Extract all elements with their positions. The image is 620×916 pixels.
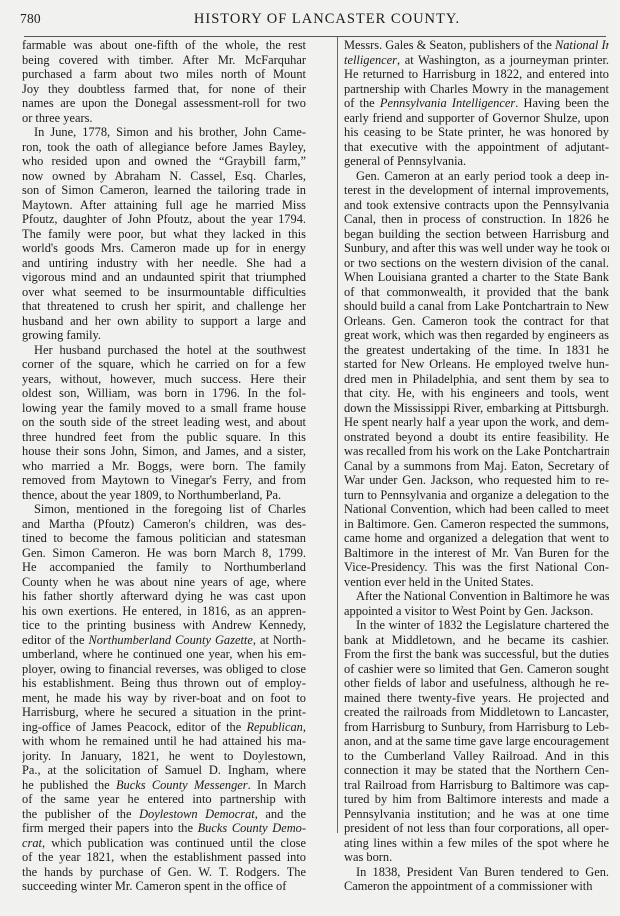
text-line: Gen. Cameron at an early period took a d… <box>344 169 609 184</box>
text-line: ron, took the oath of allegiance before … <box>22 140 306 155</box>
text-line: being covered with timber. After Mr. McF… <box>22 53 306 68</box>
text-line: He spent nearly half a year upon the wor… <box>344 415 609 430</box>
text-line: lowing year the family moved to a small … <box>22 401 306 416</box>
paragraph: In the winter of 1832 the Legislature ch… <box>344 618 609 865</box>
text-line: tined to become the famous politician an… <box>22 531 306 546</box>
text-line: In 1838, President Van Buren tendered to… <box>344 865 609 880</box>
text-line: Canal by a summons from Maj. Eaton, Secr… <box>344 459 609 474</box>
text-line: and untiring industry with her needle. S… <box>22 256 306 271</box>
text-line: From the first the bank was successful, … <box>344 647 609 662</box>
text-line: Vice-Presidency. This was the first Nati… <box>344 560 609 575</box>
text-line: Sunbury, and after this was well under w… <box>344 241 609 256</box>
text-line: and Martha (Pfoutz) Cameron's children, … <box>22 517 306 532</box>
left-column: farmable was about one-fifth of the whol… <box>22 38 306 894</box>
text-line: umberland, where he continued one year, … <box>22 647 306 662</box>
text-line: house their sons John, Simon, and James,… <box>22 444 306 459</box>
text-line: farmable was about one-fifth of the whol… <box>22 38 306 53</box>
text-line: Baltimore in the interest of Mr. Van Bur… <box>344 546 609 561</box>
text-line: and took extensive contracts upon the Pe… <box>344 198 609 213</box>
text-line: the hands by purchase of Gen. W. T. Rodg… <box>22 865 306 880</box>
text-line: Messrs. Gales & Seaton, publishers of th… <box>344 38 609 53</box>
column-divider <box>337 37 338 833</box>
text-line: Pennsylvania institution; and he was at … <box>344 807 609 822</box>
text-line: partnership with Charles Mowry in the ma… <box>344 82 609 97</box>
text-line: of the year 1821, when the establishment… <box>22 850 306 865</box>
text-line: of the same year he entered into partner… <box>22 792 306 807</box>
text-line: Gen. Simon Cameron. He was born March 8,… <box>22 546 306 561</box>
text-line: that executive with the appointment of a… <box>344 140 609 155</box>
text-line: He returned to Harrisburg in 1822, and e… <box>344 67 609 82</box>
text-line: was born. <box>344 850 609 865</box>
paragraph: farmable was about one-fifth of the whol… <box>22 38 306 125</box>
running-title: HISTORY OF LANCASTER COUNTY. <box>20 11 606 28</box>
text-line: Pa., at the solicitation of Samuel D. In… <box>22 763 306 778</box>
text-line: Pfoutz, daughter of John Pfoutz, about t… <box>22 212 306 227</box>
text-line: bank at Middletown, and he became its ca… <box>344 633 609 648</box>
text-line: telligencer, at Washington, as a journey… <box>344 53 609 68</box>
text-line: When Louisiana granted a charter to the … <box>344 270 609 285</box>
text-line: or three years. <box>22 111 306 126</box>
text-line: removed from Maytown to Vinegar's Ferry,… <box>22 473 306 488</box>
text-line: terest in the development of internal im… <box>344 183 609 198</box>
text-line: In the winter of 1832 the Legislature ch… <box>344 618 609 633</box>
text-line: who married a Mr. Boggs, were born. The … <box>22 459 306 474</box>
text-line: anon, and at the same time gave large en… <box>344 734 609 749</box>
paragraph: After the National Convention in Baltimo… <box>344 589 609 618</box>
text-line: Cameron the appointment of a commissione… <box>344 879 609 894</box>
text-line: National Convention, which had been call… <box>344 502 609 517</box>
text-line: his own exertions. He entered, in 1816, … <box>22 604 306 619</box>
text-line: Orleans. Gen. Cameron took the contract … <box>344 314 609 329</box>
text-line: tral Railroad from Harrisburg to Baltimo… <box>344 778 609 793</box>
text-line: The family were poor, but what they lack… <box>22 227 306 242</box>
text-line: started for New Orleans. He employed twe… <box>344 357 609 372</box>
text-line: thence, about the year 1809, to Northumb… <box>22 488 306 503</box>
text-line: dred men in Philadelphia, and sent them … <box>344 372 609 387</box>
text-line: Canal, then in process of construction. … <box>344 212 609 227</box>
text-line: husband and her own ability to support a… <box>22 314 306 329</box>
text-line: he published the Bucks County Messenger.… <box>22 778 306 793</box>
text-line: the greatest undertaking of the time. In… <box>344 343 609 358</box>
text-line: began building the section between Harri… <box>344 227 609 242</box>
right-column: Messrs. Gales & Seaton, publishers of th… <box>344 38 609 894</box>
text-line: Joy they doubtless farmed that, for none… <box>22 82 306 97</box>
text-line: Simon, mentioned in the foregoing list o… <box>22 502 306 517</box>
text-line: turn to Pennsylvania and organize a dele… <box>344 488 609 503</box>
text-line: crat, which publication was continued un… <box>22 836 306 851</box>
text-line: should build a canal from Lake Pontchart… <box>344 299 609 314</box>
text-line: jority. In January, 1821, he went to Doy… <box>22 749 306 764</box>
text-line: with whom he remained until he had attai… <box>22 734 306 749</box>
paragraph: Her husband purchased the hotel at the s… <box>22 343 306 503</box>
text-line: tured by him from Baltimore interests an… <box>344 792 609 807</box>
header-rule <box>24 36 606 37</box>
text-line: of the Pennsylvania Intelligencer. Havin… <box>344 96 609 111</box>
text-line: created the railroads from Middletown to… <box>344 705 609 720</box>
text-line: that city. He, with his engineers and to… <box>344 386 609 401</box>
text-line: ating lines within a few miles of the sp… <box>344 836 609 851</box>
text-line: corner of the square, which he carried o… <box>22 357 306 372</box>
text-line: Harrisburg, where he secured a situation… <box>22 705 306 720</box>
text-line: from Harrisburg to Sunbury, from Harrisb… <box>344 720 609 735</box>
text-line: vigorous mind and an undaunted spirit th… <box>22 270 306 285</box>
text-line: of that commonwealth, it provided that t… <box>344 285 609 300</box>
text-line: He accompanied the family to Northumberl… <box>22 560 306 575</box>
page-header: 780 HISTORY OF LANCASTER COUNTY. <box>20 7 606 31</box>
text-line: oldest son, William, was born in 1796. I… <box>22 386 306 401</box>
text-line: Maytown. After attaining full age he mar… <box>22 198 306 213</box>
text-line: president of not less than four corporat… <box>344 821 609 836</box>
text-line: of cashier were so limited that Gen. Cam… <box>344 662 609 677</box>
text-line: editor of the Northumberland County Gaze… <box>22 633 306 648</box>
text-line: other fields of labor and usefulness, al… <box>344 676 609 691</box>
text-line: great work, which was then regarded by e… <box>344 328 609 343</box>
text-line: Her husband purchased the hotel at the s… <box>22 343 306 358</box>
text-line: his ceasing to be State printer, he was … <box>344 125 609 140</box>
text-line: to the Cumberland Valley Railroad. And i… <box>344 749 609 764</box>
text-line: mained there twenty-five years. He proje… <box>344 691 609 706</box>
text-line: on the south side of the street leading … <box>22 415 306 430</box>
text-line: early friend and supporter of Governor S… <box>344 111 609 126</box>
text-line: or two sections on the western division … <box>344 256 609 271</box>
text-line: succeeding winter Mr. Cameron spent in t… <box>22 879 306 894</box>
paragraph: In 1838, President Van Buren tendered to… <box>344 865 609 894</box>
text-line: growing family. <box>22 328 306 343</box>
text-line: War under Gen. Jackson, who requested hi… <box>344 473 609 488</box>
text-line: After the National Convention in Baltimo… <box>344 589 609 604</box>
text-line: vention ever held in the United States. <box>344 575 609 590</box>
text-line: ployer, owing to financial reverses, was… <box>22 662 306 677</box>
text-line: In June, 1778, Simon and his brother, Jo… <box>22 125 306 140</box>
text-line: who resided upon and owned the “Graybill… <box>22 154 306 169</box>
text-line: ing-office of James Peacock, editor of t… <box>22 720 306 735</box>
paragraph: Gen. Cameron at an early period took a d… <box>344 169 609 590</box>
text-line: now owned by Abraham N. Cassel, Esq. Cha… <box>22 169 306 184</box>
text-line: purchased a farm about two miles north o… <box>22 67 306 82</box>
text-line: years, without, however, much success. H… <box>22 372 306 387</box>
text-line: came home and organized a delegation tha… <box>344 531 609 546</box>
text-line: general of Pennsylvania. <box>344 154 609 169</box>
text-line: that threatened to crush her spirit, and… <box>22 299 306 314</box>
text-line: ment, he made his way by river-boat and … <box>22 691 306 706</box>
text-line: over what seemed to be insurmountable di… <box>22 285 306 300</box>
text-line: firm merged their papers into the Bucks … <box>22 821 306 836</box>
paragraph: Messrs. Gales & Seaton, publishers of th… <box>344 38 609 169</box>
text-line: down the Mississippi River, embarking at… <box>344 401 609 416</box>
text-line: in Baltimore. Gen. Cameron respected the… <box>344 517 609 532</box>
paragraph: In June, 1778, Simon and his brother, Jo… <box>22 125 306 343</box>
text-line: was recalled from his work on the Lake P… <box>344 444 609 459</box>
text-line: appointed a visitor to West Point by Gen… <box>344 604 609 619</box>
text-line: his establishment. Being thus thrown out… <box>22 676 306 691</box>
paragraph: Simon, mentioned in the foregoing list o… <box>22 502 306 894</box>
text-line: names are upon the Donegal assessment-ro… <box>22 96 306 111</box>
text-line: his father shortly afterward dying he wa… <box>22 589 306 604</box>
text-line: onstrated beyond a doubt its entire feas… <box>344 430 609 445</box>
text-line: world's goods Mrs. Cameron made up for i… <box>22 241 306 256</box>
text-line: three hundred feet from the public squar… <box>22 430 306 445</box>
text-line: tice to the printing business with Andre… <box>22 618 306 633</box>
text-line: son of Simon Cameron, learned the tailor… <box>22 183 306 198</box>
text-line: the publisher of the Doylestown Democrat… <box>22 807 306 822</box>
text-line: connection it may be stated that the Nor… <box>344 763 609 778</box>
text-line: County when he was about nine years of a… <box>22 575 306 590</box>
